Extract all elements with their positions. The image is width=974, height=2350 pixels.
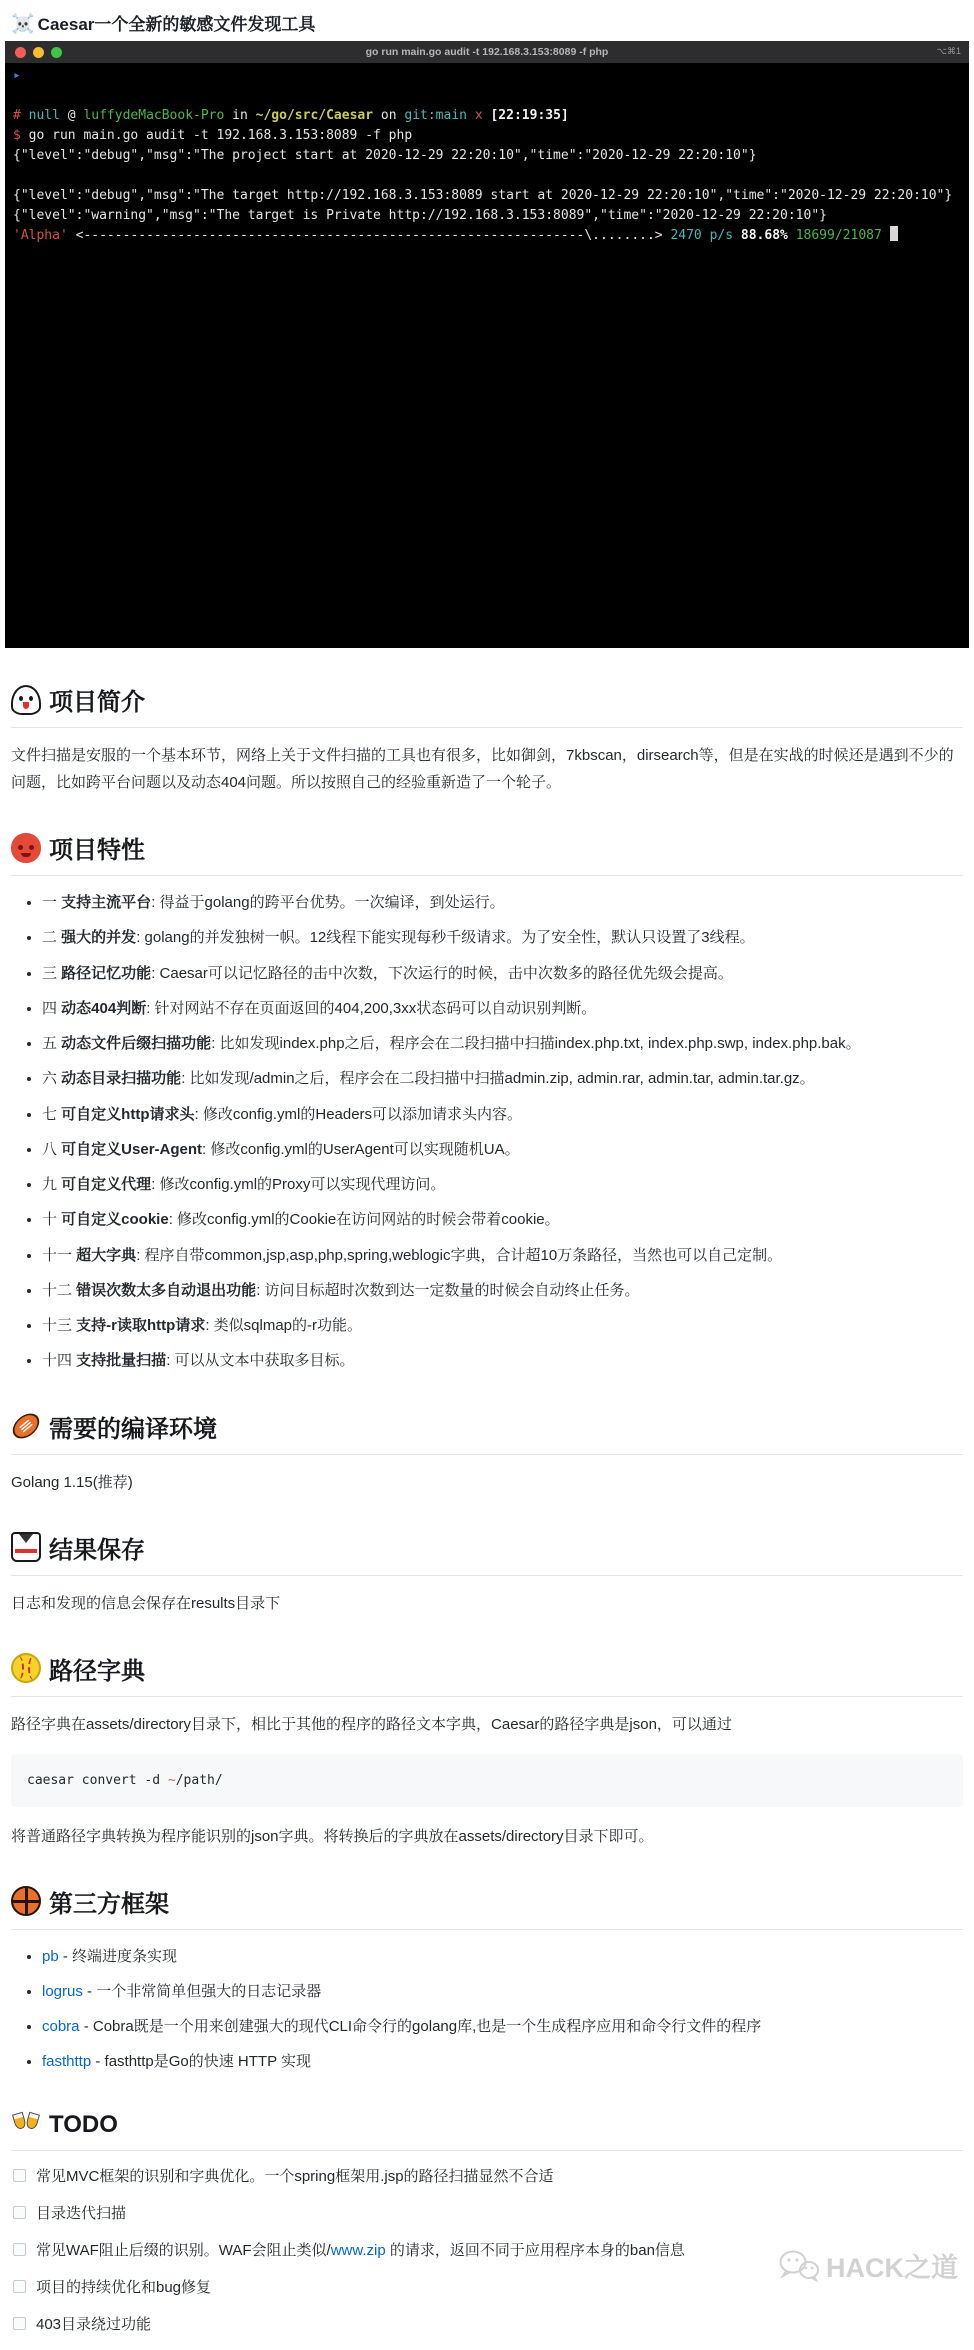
feature-item: 十 可自定义cookie: 修改config.yml的Cookie在访问网站的时… [42, 1207, 963, 1233]
todo-checkbox[interactable] [13, 2169, 26, 2182]
watermark-text: HACK之道 [826, 2246, 958, 2285]
softball-icon [11, 1653, 41, 1683]
feature-item: 六 动态目录扫描功能: 比如发现/admin之后，程序会在二段扫描中扫描admi… [42, 1066, 963, 1092]
zoom-window-button[interactable] [51, 47, 62, 58]
frameworks-list: pb - 终端进度条实现 logrus - 一个非常简单但强大的日志记录器 co… [11, 1944, 963, 2076]
build-env-paragraph: Golang 1.15(推荐) [11, 1469, 963, 1496]
results-paragraph: 日志和发现的信息会保存在results目录下 [11, 1590, 963, 1617]
terminal-log-line: {"level":"debug","msg":"The project star… [13, 146, 961, 166]
feature-item: 十四 支持批量扫描: 可以从文本中获取多目标。 [42, 1348, 963, 1374]
section-heading-frameworks: 第三方框架 [11, 1884, 963, 1930]
todo-checkbox[interactable] [13, 2243, 26, 2256]
framework-item: logrus - 一个非常简单但强大的日志记录器 [42, 1979, 963, 2005]
framework-item: fasthttp - fasthttp是Go的快速 HTTP 实现 [42, 2049, 963, 2075]
basketball-icon [11, 1886, 41, 1916]
section-heading-todo: TODO [11, 2110, 963, 2151]
section-heading-results: 结果保存 [11, 1530, 963, 1576]
section-heading-build-env: 需要的编译环境 [11, 1409, 963, 1455]
framework-link-fasthttp[interactable]: fasthttp [42, 2053, 91, 2070]
terminal-content: ▸ # null @ luffydeMacBook-Pro in ~/go/sr… [5, 63, 969, 249]
terminal-prompt-line: # null @ luffydeMacBook-Pro in ~/go/src/… [13, 106, 961, 126]
framework-link-logrus[interactable]: logrus [42, 1983, 83, 2000]
section-title: TODO [49, 2111, 118, 2139]
feature-item: 八 可自定义User-Agent: 修改config.yml的UserAgent… [42, 1137, 963, 1163]
section-title: 项目特性 [49, 830, 145, 865]
framework-link-pb[interactable]: pb [42, 1948, 59, 1965]
terminal-blank-line [13, 86, 961, 106]
terminal-screenshot[interactable]: go run main.go audit -t 192.168.3.153:80… [5, 41, 969, 648]
feature-item: 一 支持主流平台: 得益于golang的跨平台优势。一次编译，到处运行。 [42, 890, 963, 916]
features-list: 一 支持主流平台: 得益于golang的跨平台优势。一次编译，到处运行。 二 强… [11, 890, 963, 1375]
todo-link-www-zip[interactable]: www.zip [331, 2242, 386, 2259]
feature-item: 二 强大的并发: golang的并发独树一帜。12线程下能实现每秒千级请求。为了… [42, 925, 963, 951]
section-title: 需要的编译环境 [49, 1409, 217, 1444]
minimize-window-button[interactable] [33, 47, 44, 58]
rugby-football-icon [8, 1409, 44, 1444]
terminal-marker: ▸ [13, 68, 21, 83]
todo-checkbox[interactable] [13, 2206, 26, 2219]
framework-item: pb - 终端进度条实现 [42, 1944, 963, 1970]
close-window-button[interactable] [15, 47, 26, 58]
terminal-blank-line [13, 166, 961, 186]
section-title: 结果保存 [49, 1530, 145, 1565]
section-title: 项目简介 [49, 682, 145, 717]
intro-paragraph: 文件扫描是安服的一个基本环节，网络上关于文件扫描的工具也有很多，比如御剑，7kb… [11, 742, 963, 796]
section-heading-features: 项目特性 [11, 830, 963, 876]
feature-item: 五 动态文件后缀扫描功能: 比如发现index.php之后，程序会在二段扫描中扫… [42, 1031, 963, 1057]
section-title: 第三方框架 [49, 1884, 169, 1919]
section-heading-intro: 项目简介 [11, 682, 963, 728]
dictionary-paragraph-2: 将普通路径字典转换为程序能识别的json字典。将转换后的字典放在assets/d… [11, 1823, 963, 1850]
wechat-logo-icon [778, 2249, 820, 2283]
skull-crossbones-icon: ☠️ [11, 14, 35, 35]
feature-item: 九 可自定义代理: 修改config.yml的Proxy可以实现代理访问。 [42, 1172, 963, 1198]
watermark: HACK之道 [778, 2246, 958, 2285]
terminal-cursor [890, 226, 898, 241]
ghost-icon [11, 685, 41, 715]
terminal-log-line: {"level":"debug","msg":"The target http:… [13, 186, 961, 206]
martial-arts-uniform-icon [11, 1532, 41, 1562]
todo-item: 目录迭代扫描 [13, 2202, 963, 2226]
section-title: 路径字典 [49, 1651, 145, 1686]
convert-command-code-block[interactable]: caesar convert -d ~/path/ [11, 1754, 963, 1807]
angry-devil-icon [11, 833, 41, 863]
clinking-glasses-icon [11, 2110, 41, 2140]
terminal-shortcut-hint: ⌥⌘1 [937, 46, 961, 57]
feature-item: 三 路径记忆功能: Caesar可以记忆路径的击中次数，下次运行的时候，击中次数… [42, 961, 963, 987]
framework-item: cobra - Cobra既是一个用来创建强大的现代CLI命令行的golang库… [42, 2014, 963, 2040]
section-heading-dictionary: 路径字典 [11, 1651, 963, 1697]
window-controls [5, 47, 69, 58]
todo-item: 常见MVC框架的识别和字典优化。一个spring框架用.jsp的路径扫描显然不合… [13, 2165, 963, 2189]
todo-checkbox[interactable] [13, 2280, 26, 2293]
todo-checkbox[interactable] [13, 2317, 26, 2330]
terminal-command-line: $ go run main.go audit -t 192.168.3.153:… [13, 126, 961, 146]
readme-page: ☠️Caesar一个全新的敏感文件发现工具 go run main.go aud… [0, 10, 974, 2337]
terminal-window-title: go run main.go audit -t 192.168.3.153:80… [5, 46, 969, 58]
page-title-text: Caesar一个全新的敏感文件发现工具 [38, 15, 316, 34]
page-title: ☠️Caesar一个全新的敏感文件发现工具 [11, 10, 963, 36]
todo-item: 403目录绕过功能 [13, 2313, 963, 2337]
feature-item: 十一 超大字典: 程序自带common,jsp,asp,php,spring,w… [42, 1243, 963, 1269]
feature-item: 十二 错误次数太多自动退出功能: 访问目标超时次数到达一定数量的时候会自动终止任… [42, 1278, 963, 1304]
terminal-progress-line: 'Alpha' <-------------------------------… [13, 226, 961, 246]
framework-link-cobra[interactable]: cobra [42, 2018, 80, 2035]
terminal-log-line: {"level":"warning","msg":"The target is … [13, 206, 961, 226]
feature-item: 四 动态404判断: 针对网站不存在页面返回的404,200,3xx状态码可以自… [42, 996, 963, 1022]
dictionary-paragraph-1: 路径字典在assets/directory目录下，相比于其他的程序的路径文本字典… [11, 1711, 963, 1738]
terminal-titlebar: go run main.go audit -t 192.168.3.153:80… [5, 41, 969, 63]
feature-item: 七 可自定义http请求头: 修改config.yml的Headers可以添加请… [42, 1102, 963, 1128]
feature-item: 十三 支持-r读取http请求: 类似sqlmap的-r功能。 [42, 1313, 963, 1339]
